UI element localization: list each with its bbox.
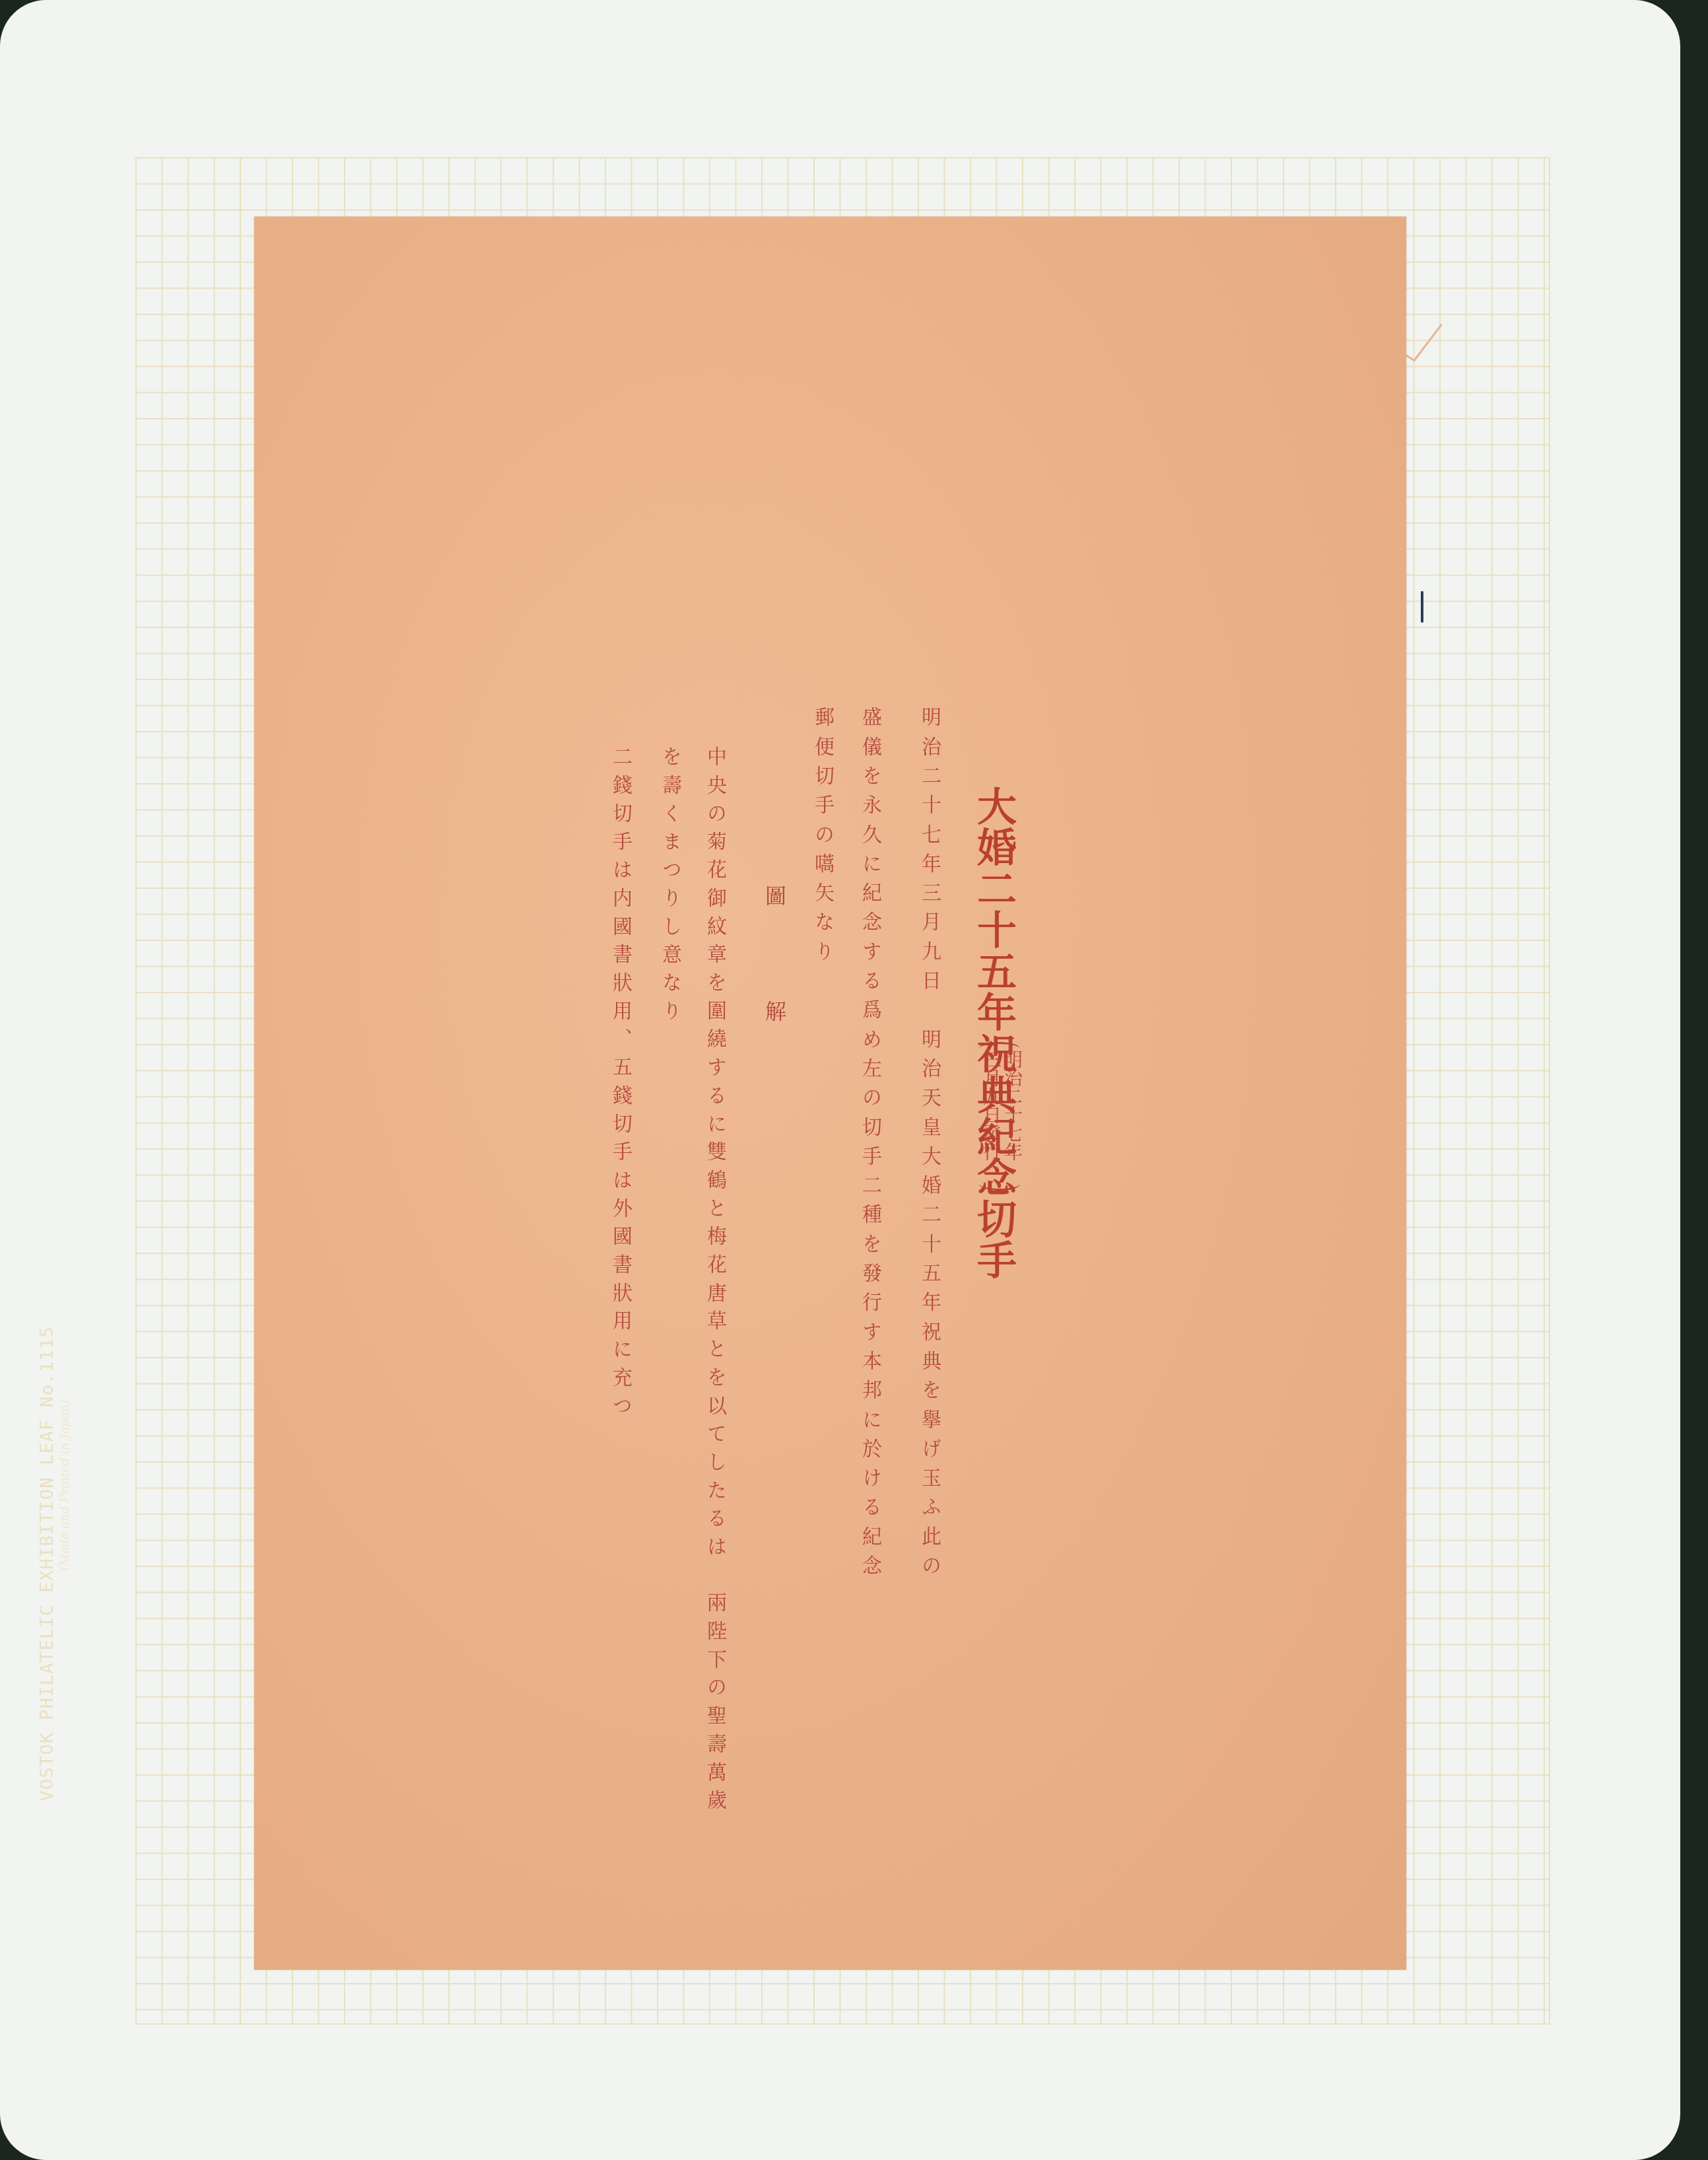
section-heading: 解	[759, 1000, 790, 1022]
subtitle-line-1: 明治二十七年	[1002, 1050, 1022, 1161]
leaf-footer-label: VOSTOK PHILATELIC EXHIBITION LEAF No.111…	[37, 1326, 57, 1801]
pencil-check-mark	[1405, 317, 1445, 363]
album-leaf: VOSTOK PHILATELIC EXHIBITION LEAF No.111…	[0, 0, 1680, 2160]
sheet-title: 大婚二十五年祝典紀念切手	[965, 786, 1022, 1281]
leaf-footer-sublabel: (Made and Printed in Japan)	[58, 1400, 72, 1571]
paragraph-column: 盛儀を永久に紀念する爲め左の切手二種を發行す本邦に於ける紀念	[858, 707, 881, 1584]
subtitle-line-2: 三月九日發行	[981, 1050, 1001, 1161]
paragraph-column: 明治二十七年三月九日 明治天皇大婚二十五年祝典を擧げ玉ふ此の	[918, 707, 940, 1584]
explanation-column: 二錢切手は内國書狀用、五錢切手は外國書狀用に充つ	[609, 746, 631, 1423]
section-heading: 圖	[759, 885, 790, 906]
paragraph-column: 郵便切手の嚆矢なり	[811, 707, 833, 970]
explanation-column: 中央の菊花御紋章を圍繞するに雙鶴と梅花唐草とを以てしたるは 兩陛下の聖壽萬歲	[703, 746, 726, 1818]
pencil-mark	[1421, 591, 1423, 623]
explanation-column: を壽くまつりし意なり	[658, 746, 681, 1028]
description-sheet	[254, 217, 1406, 1970]
